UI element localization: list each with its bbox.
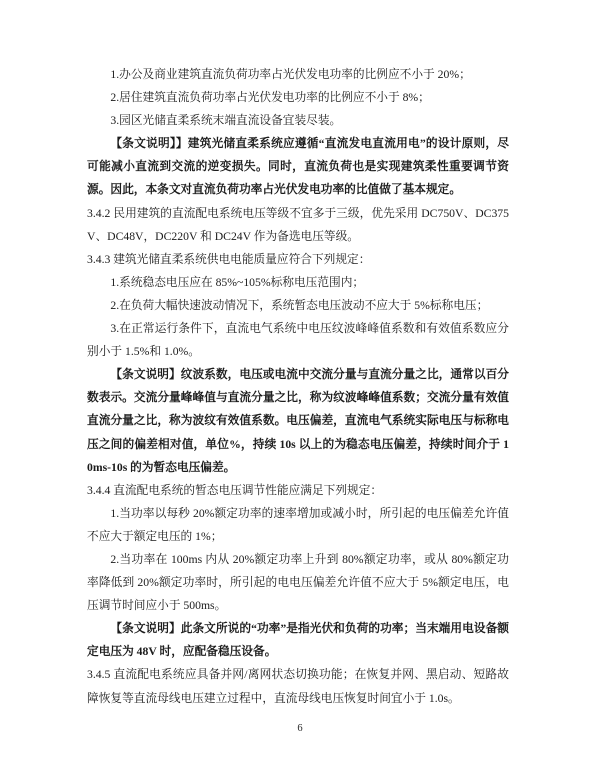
paragraph-list-item: 3.在正常运行条件下，直流电气系统中电压纹波峰峰值系数和有效值系数应分别小于 1… (87, 317, 509, 363)
paragraph-list-item: 1.办公及商业建筑直流负荷功率占光伏发电功率的比例应不小于 20%； (87, 63, 509, 86)
paragraph-clause: 3.4.2 民用建筑的直流配电系统电压等级不宜多于三级，优先采用 DC750V、… (87, 202, 509, 248)
paragraph-list-item: 2.当功率在 100ms 内从 20%额定功率上升到 80%额定功率，或从 80… (87, 548, 509, 617)
paragraph-clause: 3.4.5 直流配电系统应具备并网/离网状态切换功能；在恢复并网、黑启动、短路故… (87, 663, 509, 709)
paragraph-clause: 3.4.3 建筑光储直柔系统供电电能质量应符合下列规定： (87, 248, 509, 271)
page-number: 6 (0, 722, 600, 736)
paragraph-clause: 3.4.4 直流配电系统的暂态电压调节性能应满足下列规定： (87, 479, 509, 502)
document-page: 1.办公及商业建筑直流负荷功率占光伏发电功率的比例应不小于 20%；2.居住建筑… (0, 0, 600, 776)
document-content: 1.办公及商业建筑直流负荷功率占光伏发电功率的比例应不小于 20%；2.居住建筑… (87, 63, 509, 710)
paragraph-explanation: 【条文说明】】建筑光储直柔系统应遵循“直流发电直流用电”的设计原则，尽可能减小直… (87, 132, 509, 201)
paragraph-explanation: 【条文说明】纹波系数，电压或电流中交流分量与直流分量之比，通常以百分数表示。交流… (87, 363, 509, 478)
paragraph-list-item: 1.当功率以每秒 20%额定功率的速率增加或减小时，所引起的电压偏差允许值不应大… (87, 502, 509, 548)
paragraph-explanation: 【条文说明】此条文所说的“功率”是指光伏和负荷的功率；当末端用电设备额定电压为 … (87, 617, 509, 663)
paragraph-list-item: 3.园区光储直柔系统末端直流设备宜装尽装。 (87, 109, 509, 132)
paragraph-list-item: 1.系统稳态电压应在 85%~105%标称电压范围内； (87, 271, 509, 294)
paragraph-list-item: 2.在负荷大幅快速波动情况下，系统暂态电压波动不应大于 5%标称电压； (87, 294, 509, 317)
paragraph-list-item: 2.居住建筑直流负荷功率占光伏发电功率的比例应不小于 8%； (87, 86, 509, 109)
